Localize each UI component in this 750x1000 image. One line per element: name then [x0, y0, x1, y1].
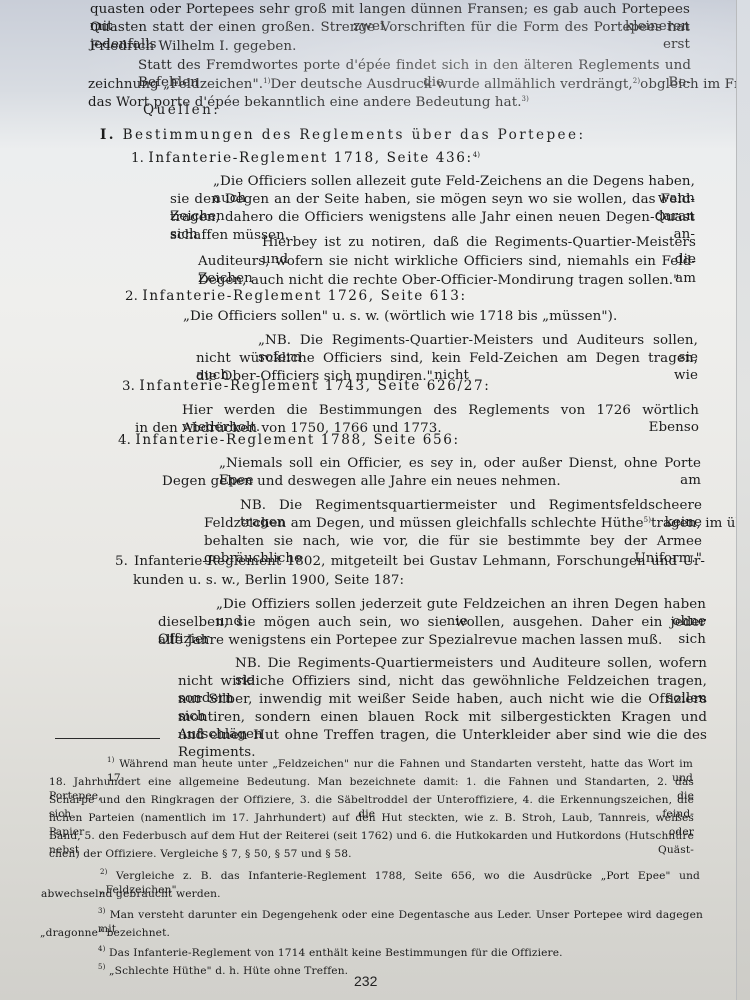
footnote-ref[interactable]: 5): [644, 516, 651, 524]
footnote-mark: 2): [100, 868, 108, 876]
text-span: Der deutsche Ausdruck wurde allmählich v…: [271, 77, 633, 92]
section-heading: I. Bestimmungen des Reglements über das …: [100, 127, 585, 144]
entry-title-text: Infanterie-Reglement 1718, Seite 436:: [148, 150, 472, 166]
entry-title: 4. Infanterie-Reglement 1788, Seite 656:: [118, 432, 460, 449]
text-span: obgleich im Französischen: [640, 76, 750, 93]
footnote-4-line: 4) Das Infanterie-Reglement von 1714 ent…: [98, 946, 563, 960]
text-span: Man versteht darunter ein Degengehenk od…: [98, 909, 703, 935]
nb-line: Degen, auch nicht die rechte Ober-Offici…: [198, 272, 679, 289]
entry-title-cont: kunden u. s. w., Berlin 1900, Seite 187:: [133, 572, 404, 589]
nb-line: Feldzeichen am Degen, und müssen gleichf…: [204, 515, 702, 532]
entry-title-text: Infanterie-Reglement 1726, Seite 613:: [142, 288, 466, 304]
quote-line: alle Jahre wenigstens ein Portepee zur S…: [158, 632, 662, 649]
text-span: zeichnung „Feldzeichen".: [88, 77, 263, 92]
footnote-3-line: „dragonne" bezeichnet.: [40, 926, 170, 940]
footnote-ref[interactable]: 2): [633, 77, 640, 85]
footnote-mark: 1): [107, 756, 115, 764]
text-span: zeichnung „Feldzeichen".1): [88, 76, 271, 93]
text-span: Der deutsche Ausdruck wurde allmählich v…: [271, 76, 641, 93]
footnote-ref[interactable]: 4): [473, 151, 480, 159]
footnote-2-line: abwechselnd gebraucht werden.: [41, 887, 221, 901]
text-line: zeichnung „Feldzeichen".1) Der deutsche …: [88, 76, 693, 93]
footnote-mark: 4): [98, 945, 106, 953]
page-edge: [736, 0, 750, 1000]
quote-line: „Die Officiers sollen" u. s. w. (wörtlic…: [183, 308, 617, 325]
book-page: quasten oder Portepees sehr groß mit lan…: [0, 0, 737, 1000]
section-number: I.: [100, 127, 116, 143]
entry-title-text: Infanterie-Reglement 1743, Seite 626/27:: [139, 378, 490, 394]
nb-line: und einen Hut ohne Treffen tragen, die U…: [178, 727, 707, 761]
text-span: „Schlechte Hüthe" d. h. Hüte ohne Treffe…: [109, 965, 348, 977]
section-title: Bestimmungen des Reglements über das Por…: [123, 127, 586, 143]
entry-title: 5. Infanterie-Reglement 1802, mitgeteilt…: [115, 553, 705, 570]
footnote-1-line: chen) der Offiziere. Vergleiche § 7, § 5…: [49, 847, 352, 861]
entry-title-text: Infanterie-Reglement 1788, Seite 656:: [135, 432, 459, 448]
footnote-3-line: 3) Man versteht darunter ein Degengehenk…: [98, 908, 703, 936]
sources-heading: Quellen:: [143, 102, 220, 119]
text-span: Das Infanterie-Reglement von 1714 enthäl…: [109, 947, 563, 959]
entry-number: 4.: [118, 433, 131, 448]
text-span: Feldzeichen am Degen, und müssen gleichf…: [204, 515, 651, 532]
footnote-5-line: 5) „Schlechte Hüthe" d. h. Hüte ohne Tre…: [98, 964, 348, 978]
quote-line: Degen gehen und deswegen alle Jahre ein …: [162, 473, 561, 490]
text-line: Friedrich Wilhelm I. gegeben.: [90, 38, 297, 55]
text-span: Feldzeichen am Degen, und müssen gleichf…: [204, 516, 644, 531]
entry-title-text: Infanterie-Reglement 1802, mitgeteilt be…: [134, 553, 705, 570]
entry-title: 2. Infanterie-Reglement 1726, Seite 613:: [125, 288, 467, 305]
footnote-ref[interactable]: 1): [263, 77, 270, 85]
entry-number: 1.: [131, 151, 144, 166]
entry-title: 3. Infanterie-Reglement 1743, Seite 626/…: [122, 378, 490, 395]
footnote-mark: 3): [98, 907, 106, 915]
entry-number: 5.: [115, 553, 128, 570]
footnote-ref[interactable]: 3): [522, 95, 529, 103]
entry-number: 3.: [122, 379, 135, 394]
entry-number: 2.: [125, 289, 138, 304]
footnote-mark: 5): [98, 963, 106, 971]
page-number: 232: [354, 973, 377, 989]
footnote-divider: [55, 738, 160, 739]
entry-title: 1. Infanterie-Reglement 1718, Seite 436:…: [131, 150, 480, 167]
